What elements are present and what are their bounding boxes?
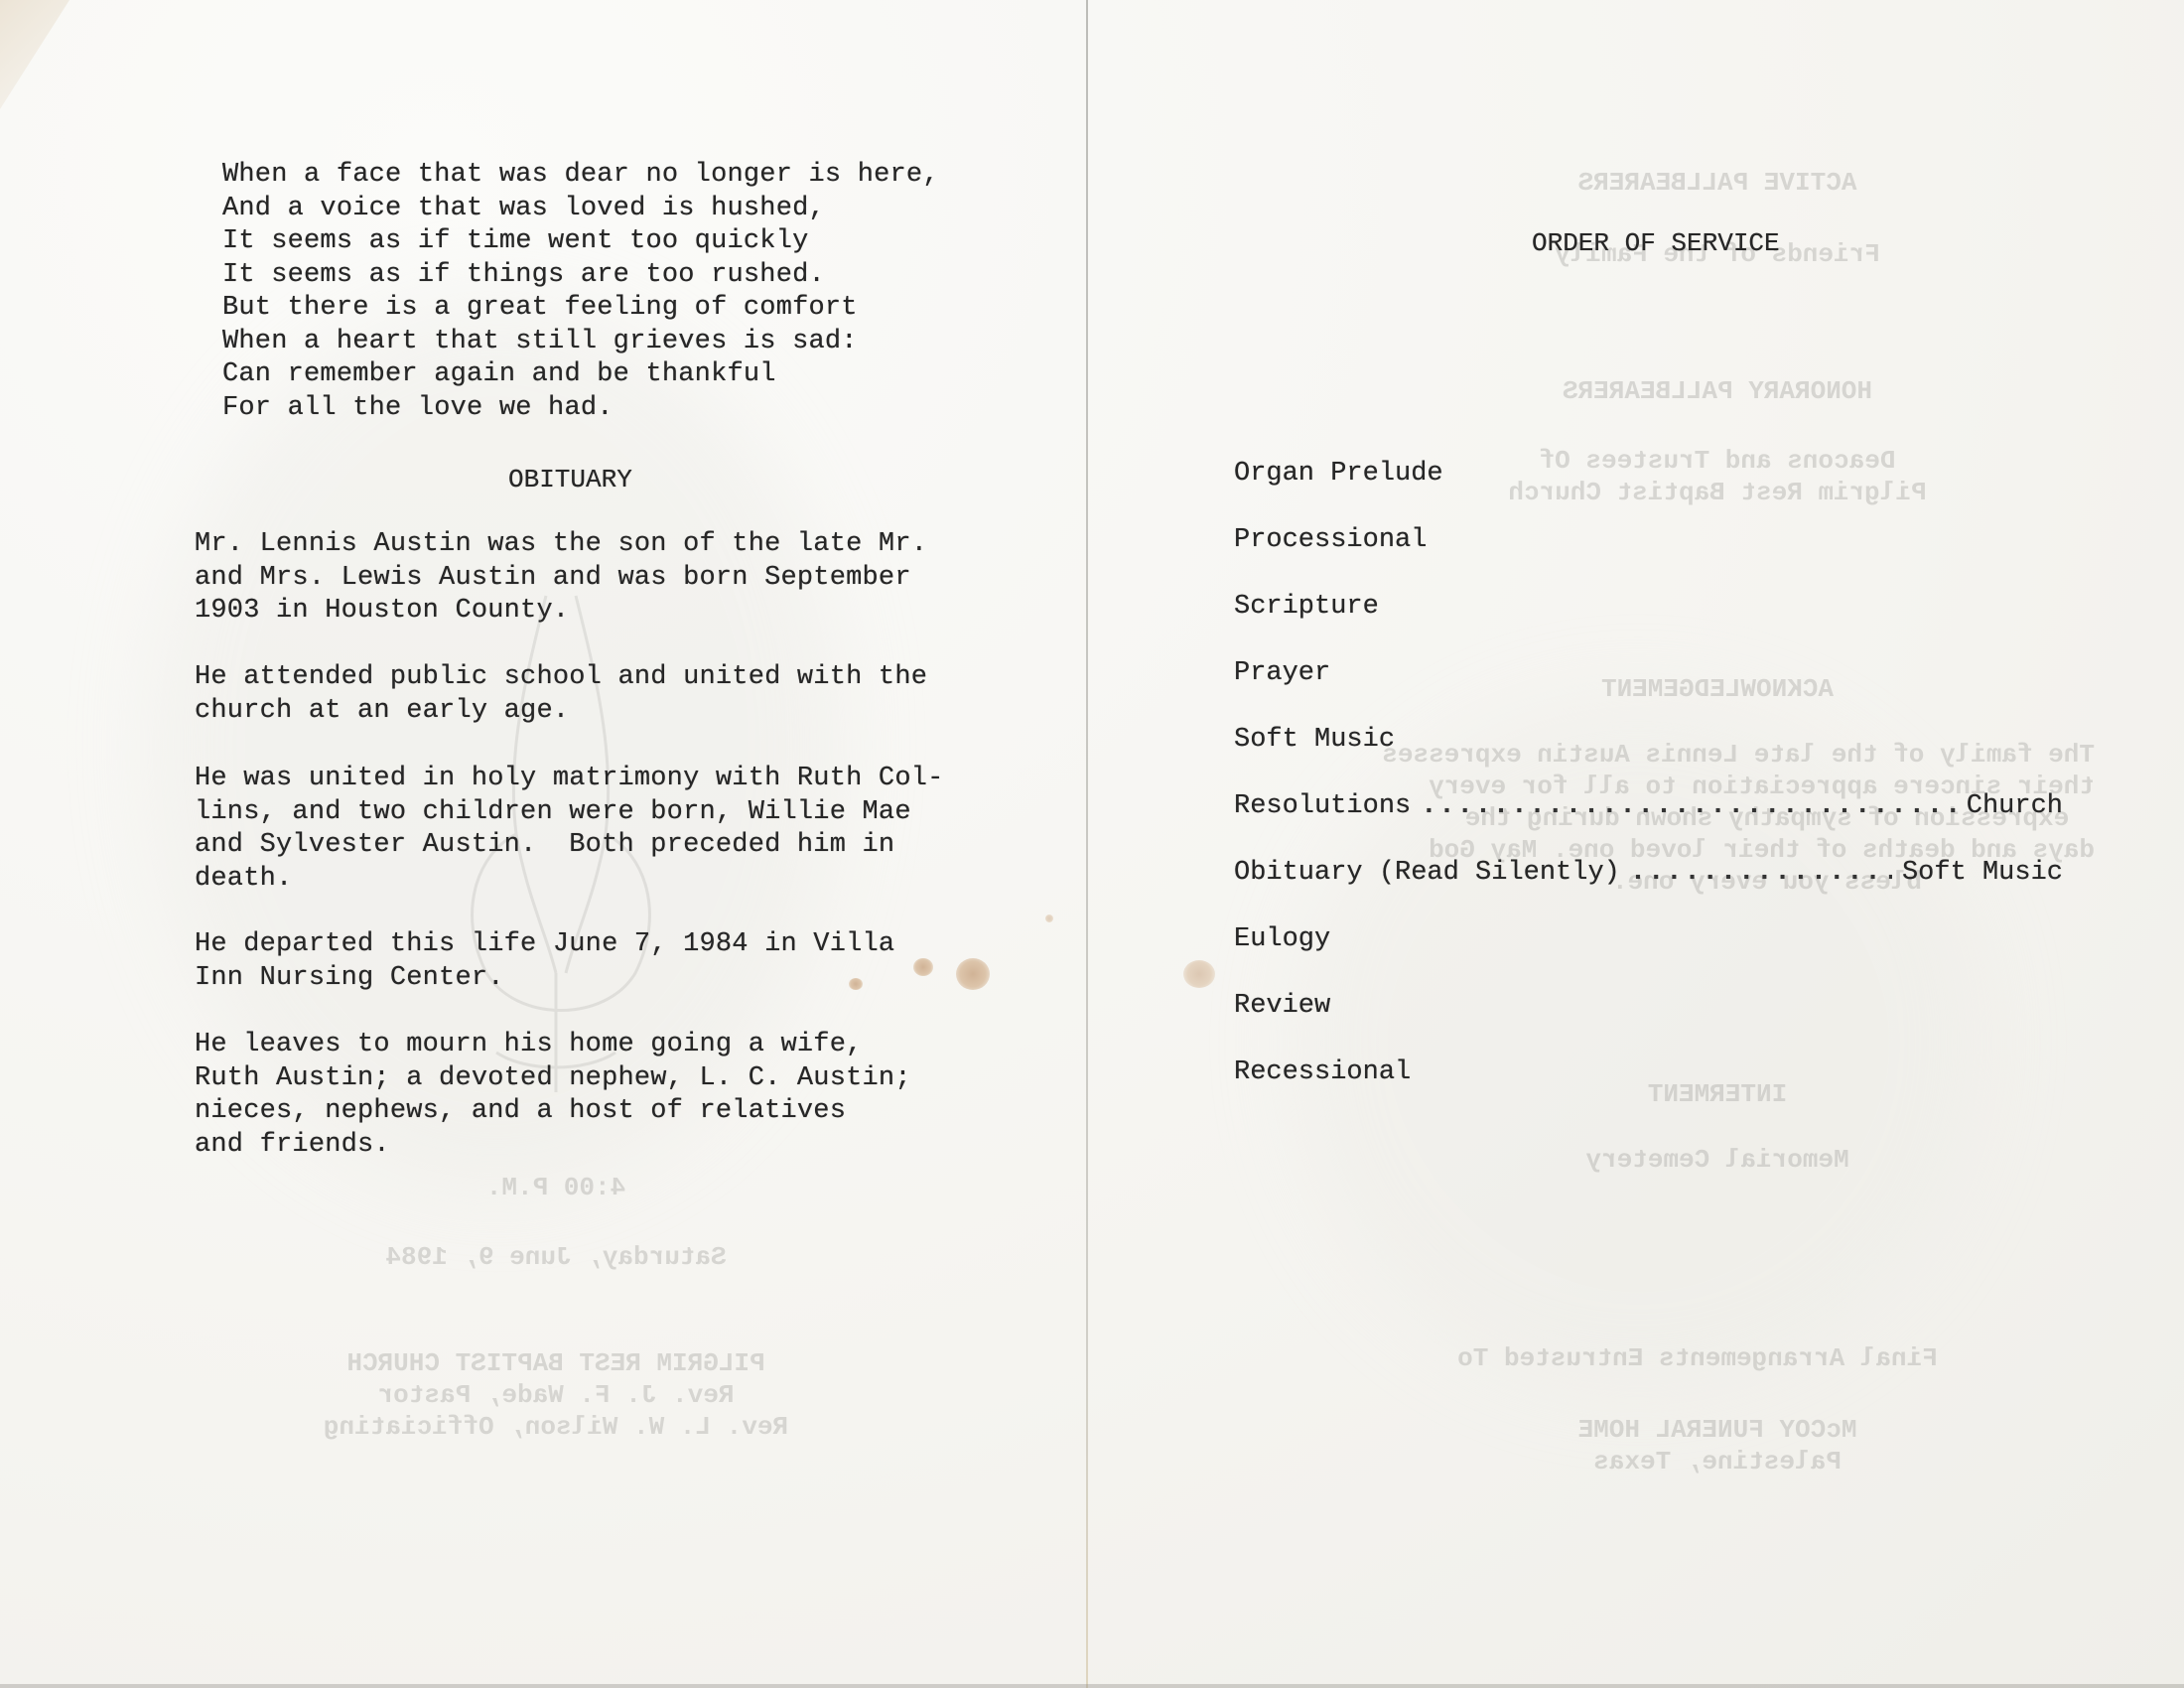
stain-spot (1183, 960, 1215, 988)
obituary-paragraph-survivors: He leaves to mourn his home going a wife… (195, 1029, 911, 1162)
service-item-soft-music: Soft Music (1234, 725, 2063, 791)
stain-spot (956, 958, 990, 990)
order-of-service-list: Organ Prelude Processional Scripture Pra… (1234, 459, 2063, 1124)
service-item-label: Scripture (1234, 592, 1379, 622)
service-item-label: Prayer (1234, 658, 1330, 688)
service-item-label: Resolutions (1234, 791, 1411, 821)
obituary-paragraph-marriage: He was united in holy matrimony with Rut… (195, 763, 944, 896)
paper-bottom-edge (0, 1684, 2184, 1688)
service-item-recessional: Recessional (1234, 1057, 2063, 1124)
obituary-paragraph-church: He attended public school and united wit… (195, 661, 927, 728)
obituary-heading: OBITUARY (508, 465, 632, 494)
service-item-label: Review (1234, 991, 1330, 1021)
service-item-label: Obituary (Read Silently) (1234, 858, 1620, 888)
service-item-resolutions: ResolutionsChurch (1234, 791, 2063, 858)
bleed-through-officiant: Rev. L. W. Wilson, Officiating (278, 1411, 834, 1443)
service-item-label: Organ Prelude (1234, 459, 1443, 489)
stain-spot (913, 958, 933, 976)
bleed-through-funeral-home-city: Palestine, Texas (1410, 1446, 2025, 1477)
service-item-label: Processional (1234, 525, 1427, 555)
bleed-through-time: 4:00 P.M. (328, 1172, 784, 1203)
service-item-label: Soft Music (1234, 725, 1395, 755)
obituary-paragraph-birth: Mr. Lennis Austin was the son of the lat… (195, 528, 927, 629)
service-item-prayer: Prayer (1234, 658, 2063, 725)
service-item-performer: Church (1967, 791, 2063, 821)
center-fold-crease (1086, 0, 1088, 1688)
obituary-paragraph-death: He departed this life June 7, 1984 in Vi… (195, 928, 894, 995)
order-of-service-heading: ORDER OF SERVICE (1532, 228, 1780, 258)
dog-eared-corner (0, 0, 69, 109)
bleed-through-date: Saturday, June 9, 1984 (328, 1241, 784, 1273)
folded-program-scan: 4:00 P.M. Saturday, June 9, 1984 PILGRIM… (0, 0, 2184, 1688)
bleed-through-pastor: Rev. J. F. Wade, Pastor (278, 1379, 834, 1411)
service-item-organ-prelude: Organ Prelude (1234, 459, 2063, 525)
bleed-through-funeral-home: McCOY FUNERAL HOME (1410, 1414, 2025, 1446)
stain-spot (1045, 914, 1053, 922)
dot-leader (1630, 858, 1892, 888)
bleed-through-interment: Memorial Cemetery (1410, 1144, 2025, 1176)
service-item-review: Review (1234, 991, 2063, 1057)
service-item-label: Recessional (1234, 1057, 1411, 1087)
service-item-performer: Soft Music (1902, 858, 2063, 888)
service-item-processional: Processional (1234, 525, 2063, 592)
bleed-through-honorary-pallbearers: HONORARY PALLBEARERS (1410, 375, 2025, 407)
bleed-through-arrangements-title: Final Arrangements Entrusted To (1350, 1342, 2045, 1374)
bleed-through-church: PILGRIM REST BAPTIST CHURCH (278, 1347, 834, 1379)
service-item-scripture: Scripture (1234, 592, 2063, 658)
bleed-through-active-pallbearers: ACTIVE PALLBEARERS (1410, 167, 2025, 199)
service-item-eulogy: Eulogy (1234, 924, 2063, 991)
service-item-obituary: Obituary (Read Silently)Soft Music (1234, 858, 2063, 924)
memorial-poem: When a face that was dear no longer is h… (222, 159, 939, 425)
dot-leader (1421, 791, 1957, 821)
service-item-label: Eulogy (1234, 924, 1330, 954)
